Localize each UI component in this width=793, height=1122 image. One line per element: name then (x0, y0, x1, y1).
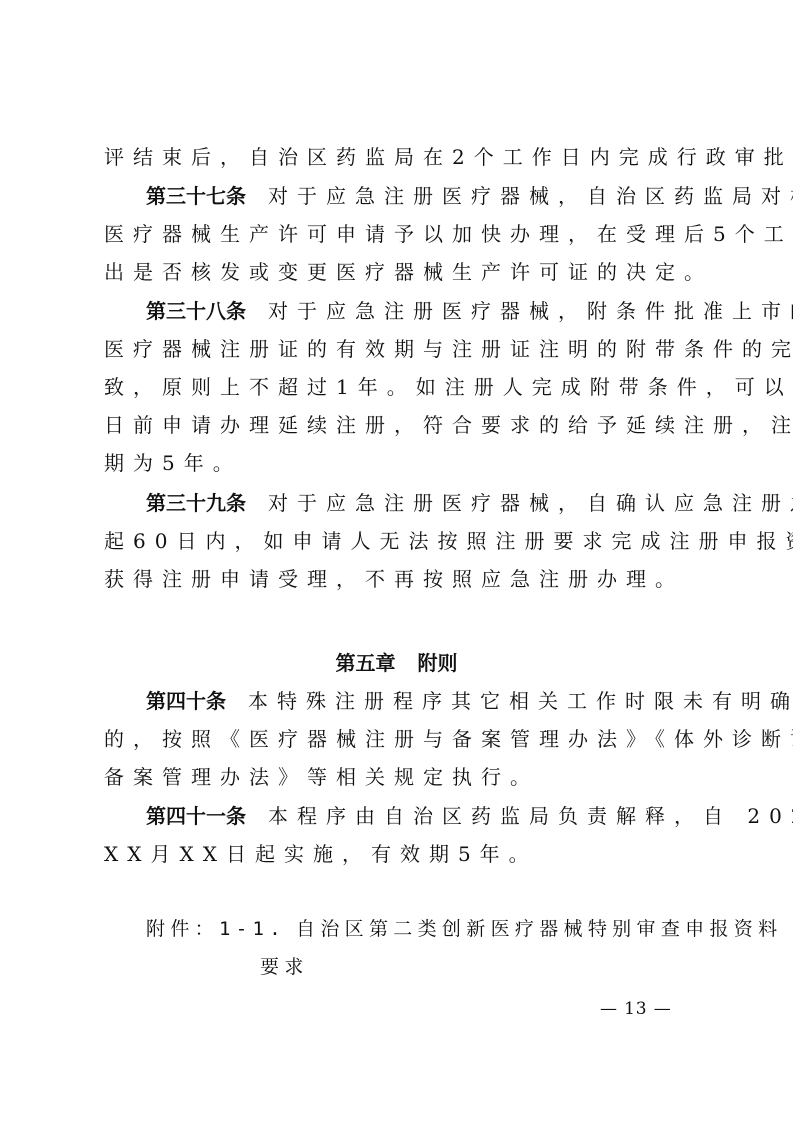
article-38-line-1: 第三十八条对于应急注册医疗器械，附条件批准上市的， (146, 292, 692, 330)
document-page: 评结束后，自治区药监局在2个工作日内完成行政审批。 第三十七条对于应急注册医疗器… (0, 0, 793, 1122)
article-37-line-2: 医疗器械生产许可申请予以加快办理，在受理后5个工作日内做 (104, 215, 692, 253)
attachment-title: 自治区第二类创新医疗器械特别审查申报资料 (296, 918, 782, 940)
article-37-line-3: 出是否核发或变更医疗器械生产许可证的决定。 (104, 253, 713, 291)
article-text: 对于应急注册医疗器械，自确认应急注册之日 (268, 491, 793, 515)
paragraph-line: 评结束后，自治区药监局在2个工作日内完成行政审批。 (104, 138, 793, 176)
chapter-heading: 第五章附则 (0, 644, 793, 682)
page-number: — 13 — (600, 994, 672, 1024)
article-41-line-1: 第四十一条本程序由自治区药监局负责解释，自 2026 年 (146, 797, 692, 835)
attachment-line-2: 要求 (260, 948, 309, 986)
article-38-line-3: 致，原则上不超过1年。如注册人完成附带条件，可以在到期之 (104, 368, 692, 406)
article-heading: 第四十条 (146, 689, 226, 713)
article-38-line-2: 医疗器械注册证的有效期与注册证注明的附带条件的完成时限一 (104, 330, 692, 368)
article-text: 本程序由自治区药监局负责解释，自 2026 年 (268, 804, 793, 828)
article-heading: 第三十九条 (146, 491, 246, 515)
article-41-line-2: XX月XX日起实施，有效期5年。 (104, 835, 538, 873)
attachment-label: 附件： (146, 918, 219, 940)
attachment-line-1: 附件：1-1.自治区第二类创新医疗器械特别审查申报资料 (146, 910, 782, 948)
article-39-line-1: 第三十九条对于应急注册医疗器械，自确认应急注册之日 (146, 484, 692, 522)
article-37-line-1: 第三十七条对于应急注册医疗器械，自治区药监局对相关 (146, 177, 692, 215)
article-40-line-1: 第四十条本特殊注册程序其它相关工作时限未有明确规定 (146, 682, 692, 720)
article-text: 本特殊注册程序其它相关工作时限未有明确规定 (248, 689, 793, 713)
article-heading: 第四十一条 (146, 804, 246, 828)
article-40-line-3: 备案管理办法》等相关规定执行。 (104, 758, 539, 796)
article-heading: 第三十七条 (146, 184, 246, 208)
article-39-line-3: 获得注册申请受理，不再按照应急注册办理。 (104, 560, 684, 598)
attachment-number: 1-1. (219, 918, 286, 940)
article-heading: 第三十八条 (146, 299, 246, 323)
article-39-line-2: 起60日内，如申请人无法按照注册要求完成注册申报资料准备并 (104, 522, 692, 560)
chapter-number: 第五章 (336, 651, 396, 675)
chapter-title: 附则 (418, 651, 458, 675)
article-text: 对于应急注册医疗器械，自治区药监局对相关 (268, 184, 793, 208)
article-40-line-2: 的，按照《医疗器械注册与备案管理办法》《体外诊断试剂注册与 (104, 720, 692, 758)
article-38-line-4: 日前申请办理延续注册，符合要求的给予延续注册，注册证有效 (104, 406, 692, 444)
article-38-line-5: 期为5年。 (104, 444, 242, 482)
article-text: 对于应急注册医疗器械，附条件批准上市的， (268, 299, 793, 323)
